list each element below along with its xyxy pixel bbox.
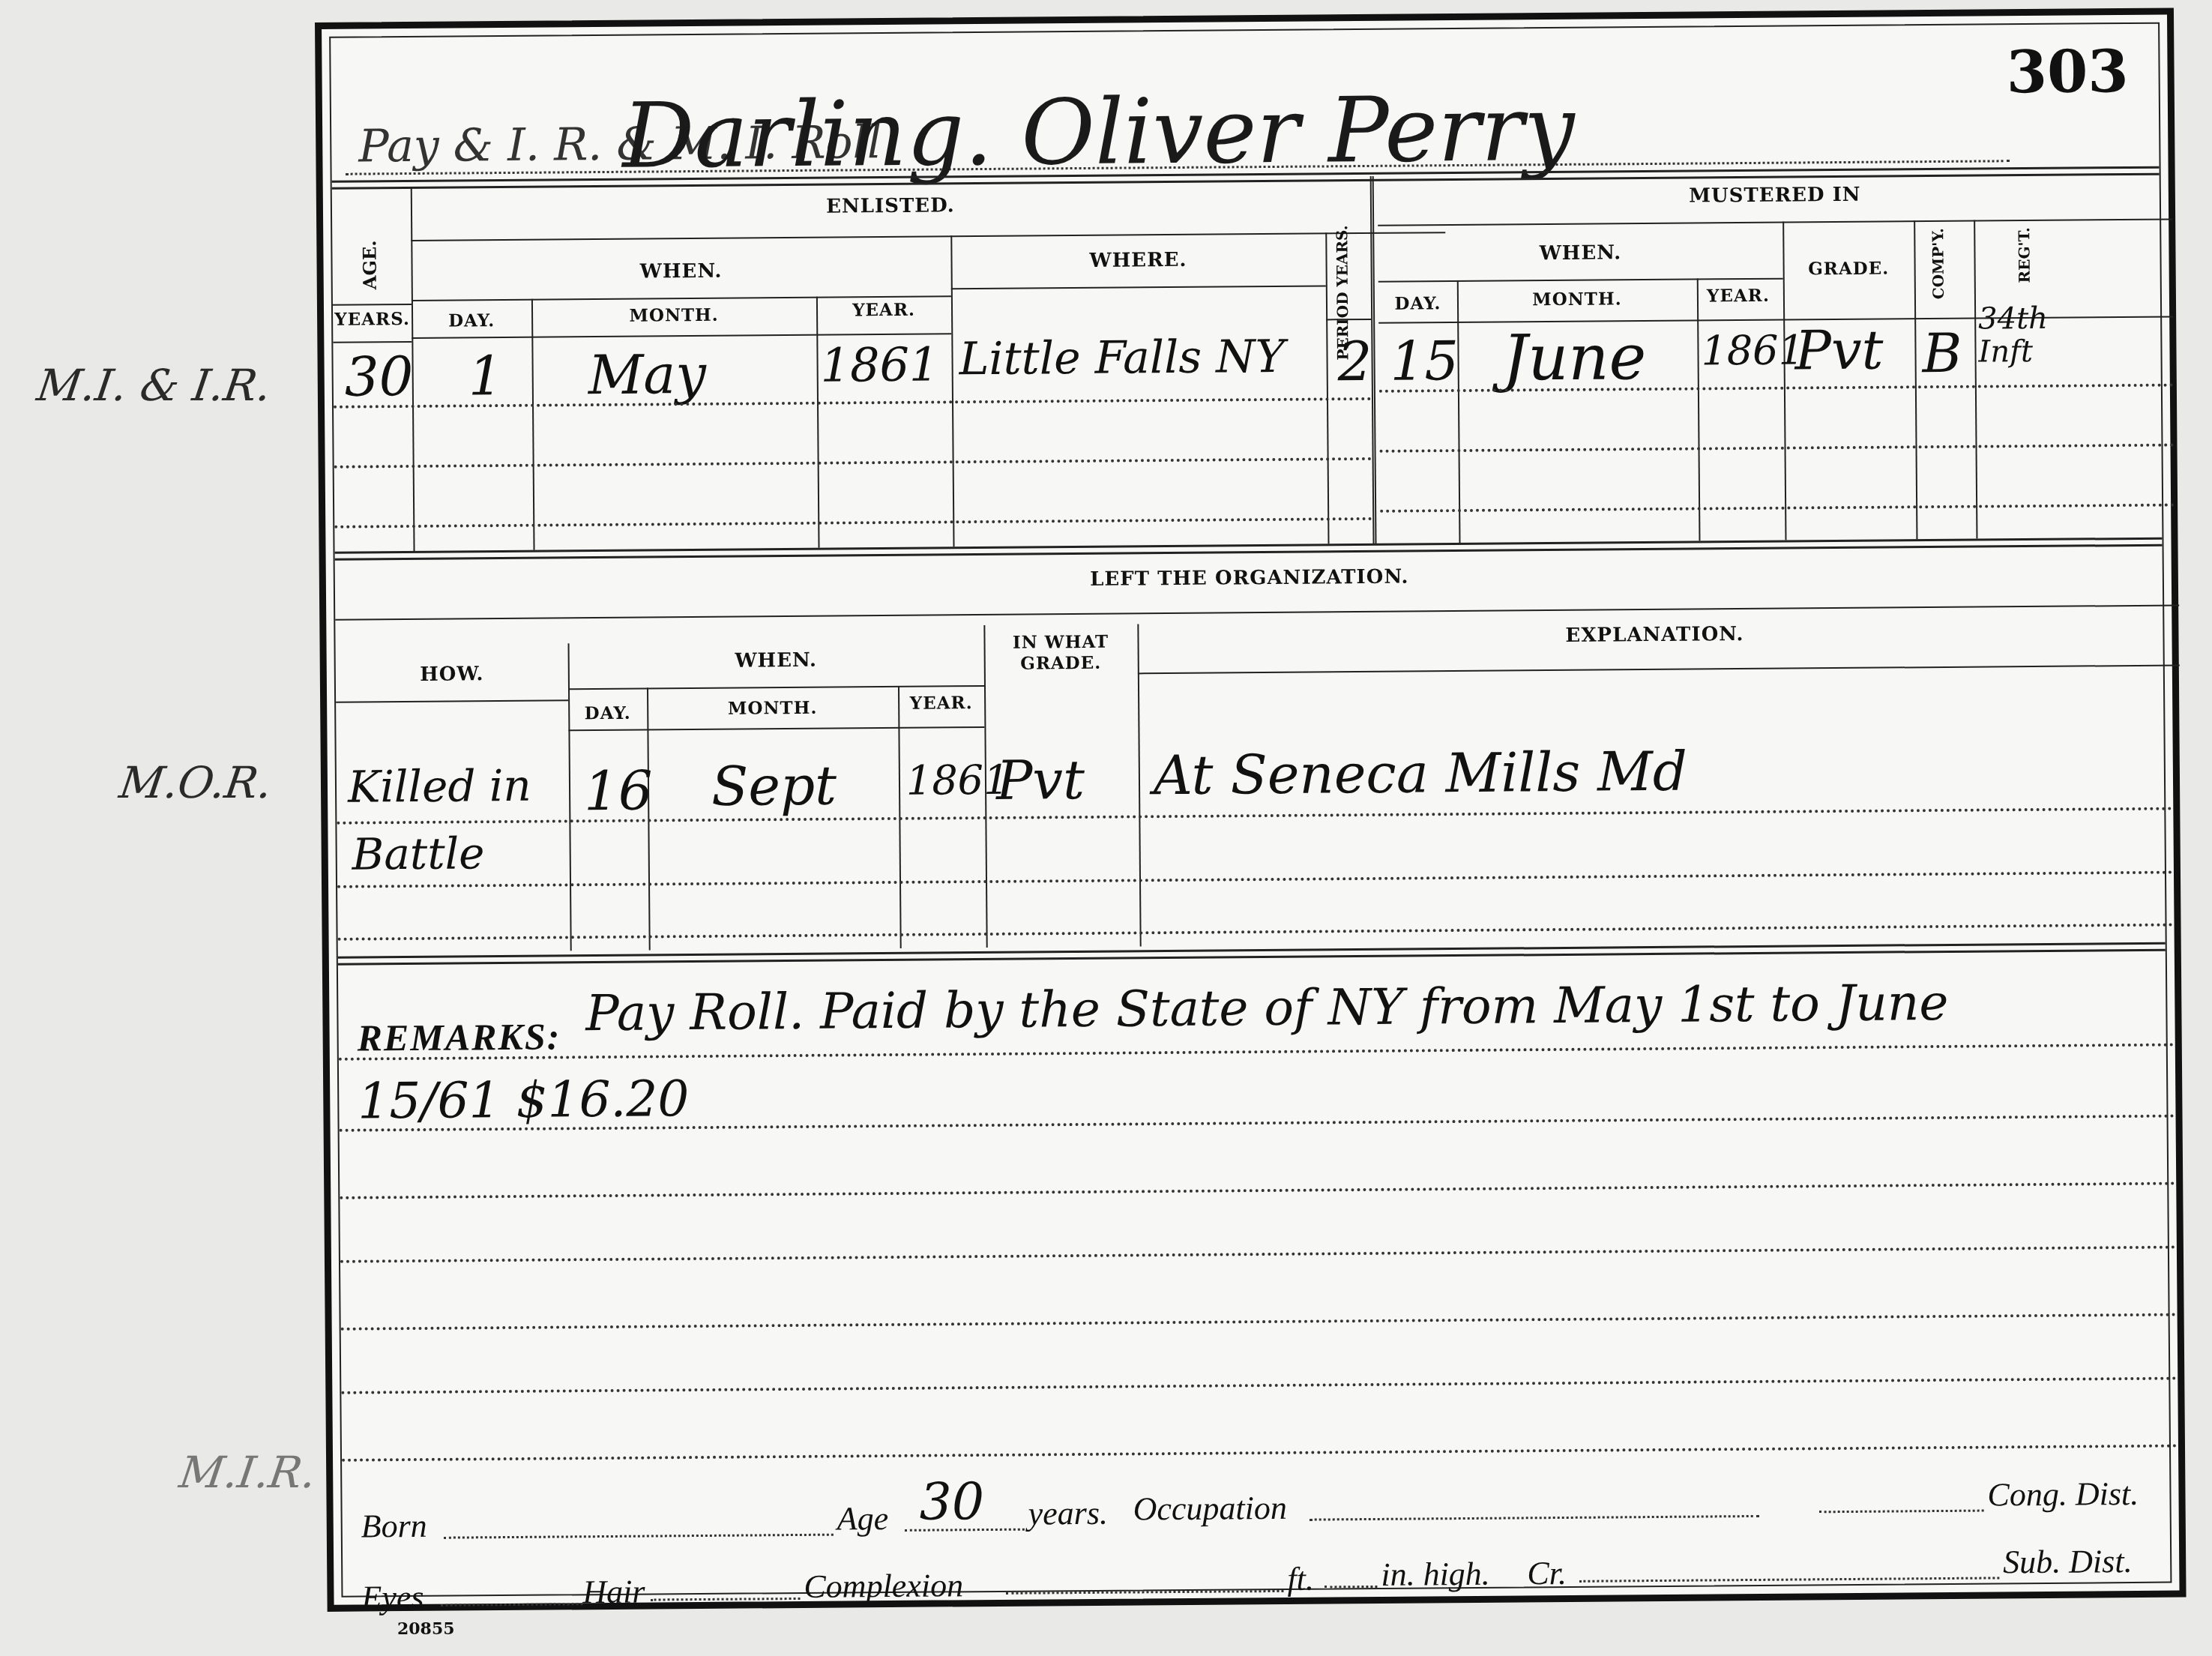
mustered-month-header: MONTH. bbox=[1457, 289, 1697, 311]
left-org-title: LEFT THE ORGANIZATION. bbox=[335, 560, 2164, 597]
left-row3-line bbox=[338, 924, 2175, 941]
left-explanation-header: EXPLANATION. bbox=[1137, 620, 2172, 651]
remarks-line1: Pay Roll. Paid by the State of NY from M… bbox=[585, 974, 1949, 1042]
left-row2-line bbox=[337, 871, 2174, 888]
left-grade-header: IN WHAT GRADE. bbox=[983, 631, 1137, 675]
enlisted-row3-line bbox=[334, 517, 1372, 529]
period-sub-divider bbox=[1326, 319, 1371, 320]
mustered-regiment-left bbox=[1974, 220, 1977, 539]
left-day-value: 16 bbox=[584, 759, 653, 822]
name-line: Pay & I. R. & M. I. Roll Darling. Oliver… bbox=[345, 77, 2010, 175]
margin-note-enlisted: M.I. & I.R. bbox=[34, 360, 274, 411]
enlisted-year-header: YEAR. bbox=[816, 299, 951, 320]
card-inner-border: 303 Pay & I. R. & M. I. Roll Darling. Ol… bbox=[329, 22, 2172, 1598]
mustered-grade-header: GRADE. bbox=[1783, 258, 1914, 279]
left-when-header: WHEN. bbox=[568, 648, 984, 673]
cong-dist-field bbox=[1819, 1510, 1984, 1514]
years-label: years. bbox=[1028, 1494, 1108, 1533]
born-field bbox=[444, 1534, 834, 1539]
mustered-day-divider bbox=[1457, 280, 1461, 543]
mustered-company-header: COMP'Y. bbox=[1929, 228, 1947, 299]
enlisted-month-header: MONTH. bbox=[531, 304, 816, 327]
enlisted-title: ENLISTED. bbox=[411, 191, 1370, 221]
left-month-header: MONTH. bbox=[647, 697, 898, 720]
left-how-divider bbox=[336, 699, 568, 702]
remarks-line-4 bbox=[340, 1246, 2177, 1263]
remarks-line2: 15/61 $16.20 bbox=[358, 1070, 690, 1130]
hair-label: Hair bbox=[582, 1573, 645, 1612]
enlisted-day-header: DAY. bbox=[412, 310, 531, 331]
mustered-day-header: DAY. bbox=[1378, 293, 1457, 314]
complexion-label: Complexion bbox=[804, 1566, 963, 1606]
eyes-field bbox=[441, 1603, 583, 1606]
left-org-bottom-divider bbox=[338, 942, 2166, 966]
enlisted-where-value: Little Falls NY bbox=[959, 331, 1285, 385]
sub-dist-label: Sub. Dist. bbox=[2003, 1542, 2133, 1581]
hair-field bbox=[651, 1598, 801, 1601]
left-when-divider bbox=[568, 685, 984, 690]
remarks-line-3 bbox=[340, 1182, 2176, 1199]
mustered-regiment-value: 34th Inft bbox=[1978, 301, 2091, 368]
mustered-when-header: WHEN. bbox=[1378, 241, 1782, 266]
mustered-day-value: 15 bbox=[1390, 329, 1459, 393]
ft-label: ft. bbox=[1287, 1560, 1314, 1598]
age-label: Age bbox=[837, 1499, 888, 1538]
eyes-label: Eyes bbox=[361, 1578, 424, 1617]
age-sub-divider bbox=[333, 304, 412, 306]
born-label: Born bbox=[361, 1507, 427, 1546]
mustered-row3-line bbox=[1380, 504, 2175, 513]
left-grade-value: Pvt bbox=[996, 748, 1085, 812]
occupation-label: Occupation bbox=[1133, 1489, 1287, 1529]
period-divider bbox=[1325, 232, 1329, 544]
left-year-value: 1861 bbox=[906, 756, 1010, 804]
where-divider bbox=[951, 285, 1326, 289]
cr-label: Cr. bbox=[1527, 1554, 1567, 1592]
remarks-line-7 bbox=[342, 1445, 2178, 1462]
age-field bbox=[905, 1529, 1025, 1532]
mustered-year-header: YEAR. bbox=[1697, 286, 1779, 307]
remarks-line-1 bbox=[339, 1044, 2175, 1061]
left-how-value-line2: Battle bbox=[352, 828, 484, 879]
age-value: 30 bbox=[919, 1472, 984, 1532]
enlisted-month-value: May bbox=[588, 343, 706, 406]
left-explanation-divider bbox=[1138, 664, 2180, 674]
years-header: YEARS. bbox=[333, 309, 412, 330]
left-month-value: Sept bbox=[711, 754, 837, 818]
inches-field bbox=[1325, 1586, 1377, 1589]
mustered-month-value: June bbox=[1502, 320, 1646, 395]
mustered-grade-value: Pvt bbox=[1794, 319, 1884, 382]
enlisted-year-value: 1861 bbox=[820, 337, 938, 392]
enlisted-title-divider bbox=[411, 232, 1445, 241]
enlisted-row2-line bbox=[334, 457, 1372, 469]
left-explanation-value: At Seneca Mills Md bbox=[1154, 740, 1688, 807]
occupation-field bbox=[1310, 1515, 1759, 1521]
mustered-company-left bbox=[1914, 220, 1917, 539]
mustered-row1-line bbox=[1379, 384, 2174, 393]
mustered-title-divider bbox=[1378, 219, 2172, 226]
enlisted-period-value: 2 bbox=[1337, 330, 1372, 393]
complexion-field bbox=[1006, 1590, 1283, 1595]
enlisted-where-left bbox=[950, 235, 954, 547]
mustered-regiment-header: REG'T. bbox=[2015, 227, 2034, 283]
margin-note-personal: M.I.R. bbox=[176, 1447, 319, 1498]
margin-note-left-org: M.O.R. bbox=[116, 757, 275, 808]
age-header: AGE. bbox=[358, 240, 381, 289]
remarks-line-6 bbox=[341, 1377, 2178, 1394]
left-year-header: YEAR. bbox=[898, 693, 984, 714]
form-number: 20855 bbox=[397, 1619, 455, 1639]
muster-card: 303 Pay & I. R. & M. I. Roll Darling. Ol… bbox=[315, 8, 2187, 1612]
page-number: 303 bbox=[2006, 37, 2129, 106]
in-high-label: in. high. bbox=[1381, 1555, 1490, 1594]
mustered-month-divider bbox=[1697, 279, 1701, 541]
enlisted-age-value: 30 bbox=[344, 345, 413, 409]
enlisted-where-header: WHERE. bbox=[950, 247, 1325, 273]
enlisted-when-header: WHEN. bbox=[412, 258, 951, 285]
remarks-line-5 bbox=[341, 1313, 2178, 1331]
mustered-title: MUSTERED IN bbox=[1378, 181, 2172, 210]
mustered-row2-line bbox=[1380, 444, 2175, 453]
remarks-label: REMARKS: bbox=[357, 1014, 561, 1059]
left-how-value-line1: Killed in bbox=[348, 760, 531, 813]
cr-field bbox=[1579, 1577, 1999, 1582]
mustered-year-value: 1861 bbox=[1701, 326, 1804, 374]
cong-dist-label: Cong. Dist. bbox=[1987, 1475, 2139, 1514]
left-org-title-divider bbox=[335, 604, 2179, 620]
left-day-header: DAY. bbox=[568, 703, 647, 724]
enlisted-bottom-divider bbox=[335, 538, 2163, 561]
enlisted-day-value: 1 bbox=[468, 344, 502, 407]
left-subhdr-divider bbox=[568, 726, 984, 731]
mustered-company-value: B bbox=[1922, 322, 1962, 385]
years-divider bbox=[333, 341, 412, 343]
left-how-header: HOW. bbox=[336, 662, 568, 686]
mustered-when-divider bbox=[1378, 278, 1783, 283]
